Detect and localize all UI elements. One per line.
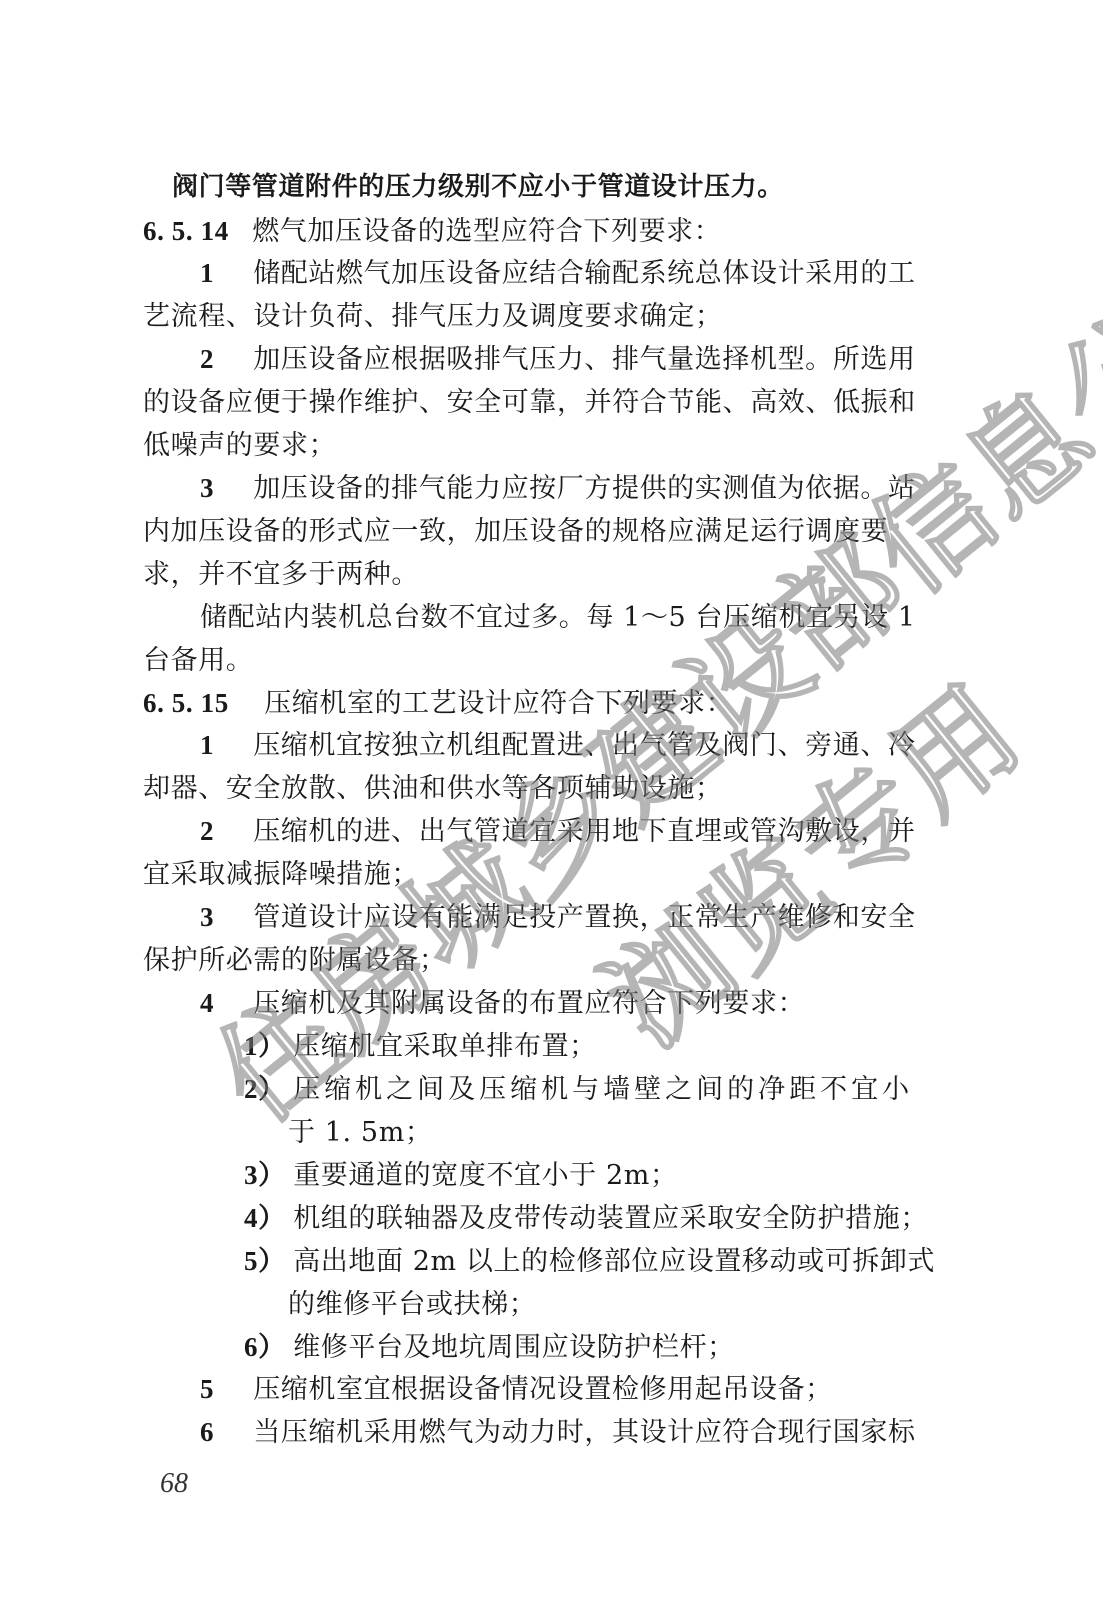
item-number: 2 [200, 338, 244, 381]
list-item-2: 2 加压设备应根据吸排气压力、排气量选择机型。所选用 [200, 338, 943, 381]
sub-item-number: 6） [244, 1326, 284, 1369]
sub-wrap-line: 的维修平台或扶梯； [288, 1283, 944, 1326]
line-text: 的设备应便于操作维护、安全可靠，并符合节能、高效、低振和 [143, 387, 916, 418]
clause-heading-6-5-14: 6. 5. 14 燃气加压设备的选型应符合下列要求： [143, 210, 943, 253]
sub-item-number: 5） [244, 1240, 284, 1283]
document-page: 阀门等管道附件的压力级别不应小于管道设计压力。 6. 5. 14 燃气加压设备的… [0, 0, 1103, 1598]
sub-item-text: 高出地面 2m 以上的检修部位应设置移动或可拆卸式 [293, 1246, 935, 1277]
item-text: 储配站燃气加压设备应结合输配系统总体设计采用的工 [253, 258, 915, 289]
sub-item-5: 5） 高出地面 2m 以上的检修部位应设置移动或可拆卸式 [244, 1240, 944, 1283]
line-text: 求，并不宜多于两种。 [143, 559, 419, 590]
item-text: 压缩机的进、出气管道宜采用地下直埋或管沟敷设，并 [253, 816, 915, 847]
list-item-6: 6 当压缩机采用燃气为动力时，其设计应符合现行国家标 [200, 1411, 943, 1454]
page-number: 68 [160, 1468, 188, 1500]
item-number: 3 [200, 896, 244, 939]
line-text: 内加压设备的形式应一致，加压设备的规格应满足运行调度要 [143, 516, 888, 547]
sub-item-text: 压缩机宜采取单排布置； [293, 1031, 597, 1062]
wrap-line: 艺流程、设计负荷、排气压力及调度要求确定； [143, 295, 943, 338]
line-text: 台备用。 [143, 645, 253, 676]
sub-item-2: 2） 压缩机之间及压缩机与墙壁之间的净距不宜小 [244, 1068, 944, 1111]
line-text: 的维修平台或扶梯； [288, 1289, 536, 1320]
sub-item-text: 机组的联轴器及皮带传动装置应采取安全防护措施； [293, 1203, 928, 1234]
list-item-2: 2 压缩机的进、出气管道宜采用地下直埋或管沟敷设，并 [200, 810, 943, 853]
item-number: 6 [200, 1411, 244, 1454]
list-item-5: 5 压缩机室宜根据设备情况设置检修用起吊设备； [200, 1368, 943, 1411]
item-text: 压缩机室宜根据设备情况设置检修用起吊设备； [253, 1374, 833, 1405]
item-number: 4 [200, 982, 244, 1025]
sub-item-text: 压缩机之间及压缩机与墙壁之间的净距不宜小 [293, 1074, 913, 1105]
list-item-1: 1 压缩机宜按独立机组配置进、出气管及阀门、旁通、冷 [200, 724, 943, 767]
sub-item-number: 3） [244, 1154, 284, 1197]
sub-item-number: 2） [244, 1068, 284, 1111]
item-text: 当压缩机采用燃气为动力时，其设计应符合现行国家标 [253, 1417, 915, 1448]
clause-number: 6. 5. 14 [143, 210, 243, 253]
wrap-line: 内加压设备的形式应一致，加压设备的规格应满足运行调度要 [143, 510, 943, 553]
item-text: 管道设计应设有能满足投产置换，正常生产维修和安全 [253, 902, 915, 933]
wrap-line: 宜采取减振降噪措施； [143, 853, 943, 896]
sub-item-4: 4） 机组的联轴器及皮带传动装置应采取安全防护措施； [244, 1197, 944, 1240]
line-text: 宜采取减振降噪措施； [143, 859, 419, 890]
wrap-line: 却器、安全放散、供油和供水等各项辅助设施； [143, 767, 943, 810]
wrap-line: 的设备应便于操作维护、安全可靠，并符合节能、高效、低振和 [143, 381, 943, 424]
item-number: 1 [200, 724, 244, 767]
wrap-line: 求，并不宜多于两种。 [143, 553, 943, 596]
item-number: 3 [200, 467, 244, 510]
sub-item-number: 1） [244, 1025, 284, 1068]
wrap-line: 低噪声的要求； [143, 424, 943, 467]
sub-item-3: 3） 重要通道的宽度不宜小于 2m； [244, 1154, 944, 1197]
line-text: 低噪声的要求； [143, 430, 336, 461]
continuation-line: 阀门等管道附件的压力级别不应小于管道设计压力。 [172, 166, 862, 209]
item-text: 加压设备的排气能力应按厂方提供的实测值为依据。站 [253, 473, 915, 504]
line-text: 储配站内装机总台数不宜过多。每 1～5 台压缩机宜另设 1 [200, 602, 916, 633]
list-item-3: 3 加压设备的排气能力应按厂方提供的实测值为依据。站 [200, 467, 943, 510]
clause-number: 6. 5. 15 [143, 682, 255, 725]
item-number: 5 [200, 1368, 244, 1411]
wrap-line: 保护所必需的附属设备； [143, 939, 943, 982]
item-number: 2 [200, 810, 244, 853]
line-text: 艺流程、设计负荷、排气压力及调度要求确定； [143, 301, 723, 332]
wrap-line: 台备用。 [143, 639, 943, 682]
sub-item-number: 4） [244, 1197, 284, 1240]
sub-item-text: 维修平台及地坑周围应设防护栏杆； [293, 1332, 735, 1363]
item-text: 压缩机宜按独立机组配置进、出气管及阀门、旁通、冷 [253, 730, 915, 761]
item-number: 1 [200, 252, 244, 295]
line-text: 却器、安全放散、供油和供水等各项辅助设施； [143, 773, 723, 804]
line-text: 保护所必需的附属设备； [143, 945, 447, 976]
clause-title: 燃气加压设备的选型应符合下列要求： [252, 216, 721, 247]
sub-item-text: 重要通道的宽度不宜小于 2m； [293, 1160, 677, 1191]
paragraph-line: 储配站内装机总台数不宜过多。每 1～5 台压缩机宜另设 1 [200, 596, 943, 639]
clause-heading-6-5-15: 6. 5. 15 压缩机室的工艺设计应符合下列要求： [143, 682, 943, 725]
list-item-1: 1 储配站燃气加压设备应结合输配系统总体设计采用的工 [200, 252, 943, 295]
sub-item-6: 6） 维修平台及地坑周围应设防护栏杆； [244, 1326, 944, 1369]
list-item-4: 4 压缩机及其附属设备的布置应符合下列要求： [200, 982, 943, 1025]
line-text: 于 1. 5m； [288, 1117, 433, 1148]
item-text: 压缩机及其附属设备的布置应符合下列要求： [253, 988, 805, 1019]
item-text: 加压设备应根据吸排气压力、排气量选择机型。所选用 [253, 344, 915, 375]
line-text: 阀门等管道附件的压力级别不应小于管道设计压力。 [172, 172, 784, 202]
list-item-3: 3 管道设计应设有能满足投产置换，正常生产维修和安全 [200, 896, 943, 939]
clause-title: 压缩机室的工艺设计应符合下列要求： [264, 688, 733, 719]
sub-item-1: 1） 压缩机宜采取单排布置； [244, 1025, 944, 1068]
sub-wrap-line: 于 1. 5m； [288, 1111, 944, 1154]
